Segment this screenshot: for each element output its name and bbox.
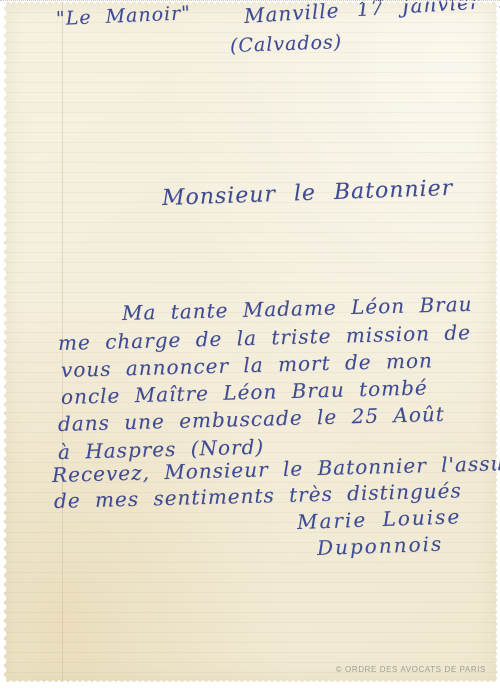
perforated-edge-left: [3, 0, 11, 684]
archive-credit: © ORDRE DES AVOCATS DE PARIS: [336, 665, 486, 674]
salutation: Monsieur le Batonnier: [162, 176, 454, 211]
letterhead-place-date: Manville 17 Janvier 1915: [243, 0, 500, 28]
letterhead-department: (Calvados): [230, 31, 343, 57]
letterhead-house-name: "Le Manoir": [56, 2, 192, 30]
scan-artifact-line: [0, 0, 500, 1]
signature-surname: Duponnois: [317, 532, 444, 560]
perforated-edge-bottom: [2, 677, 499, 683]
signature-given-names: Marie Louise: [297, 504, 462, 534]
perforated-edge-right: [492, 0, 498, 684]
scanned-letter-page: "Le Manoir" Manville 17 Janvier 1915 (Ca…: [0, 0, 500, 689]
letter-paper: "Le Manoir" Manville 17 Janvier 1915 (Ca…: [4, 2, 497, 682]
body-line: Ma tante Madame Léon Brau: [122, 292, 473, 325]
